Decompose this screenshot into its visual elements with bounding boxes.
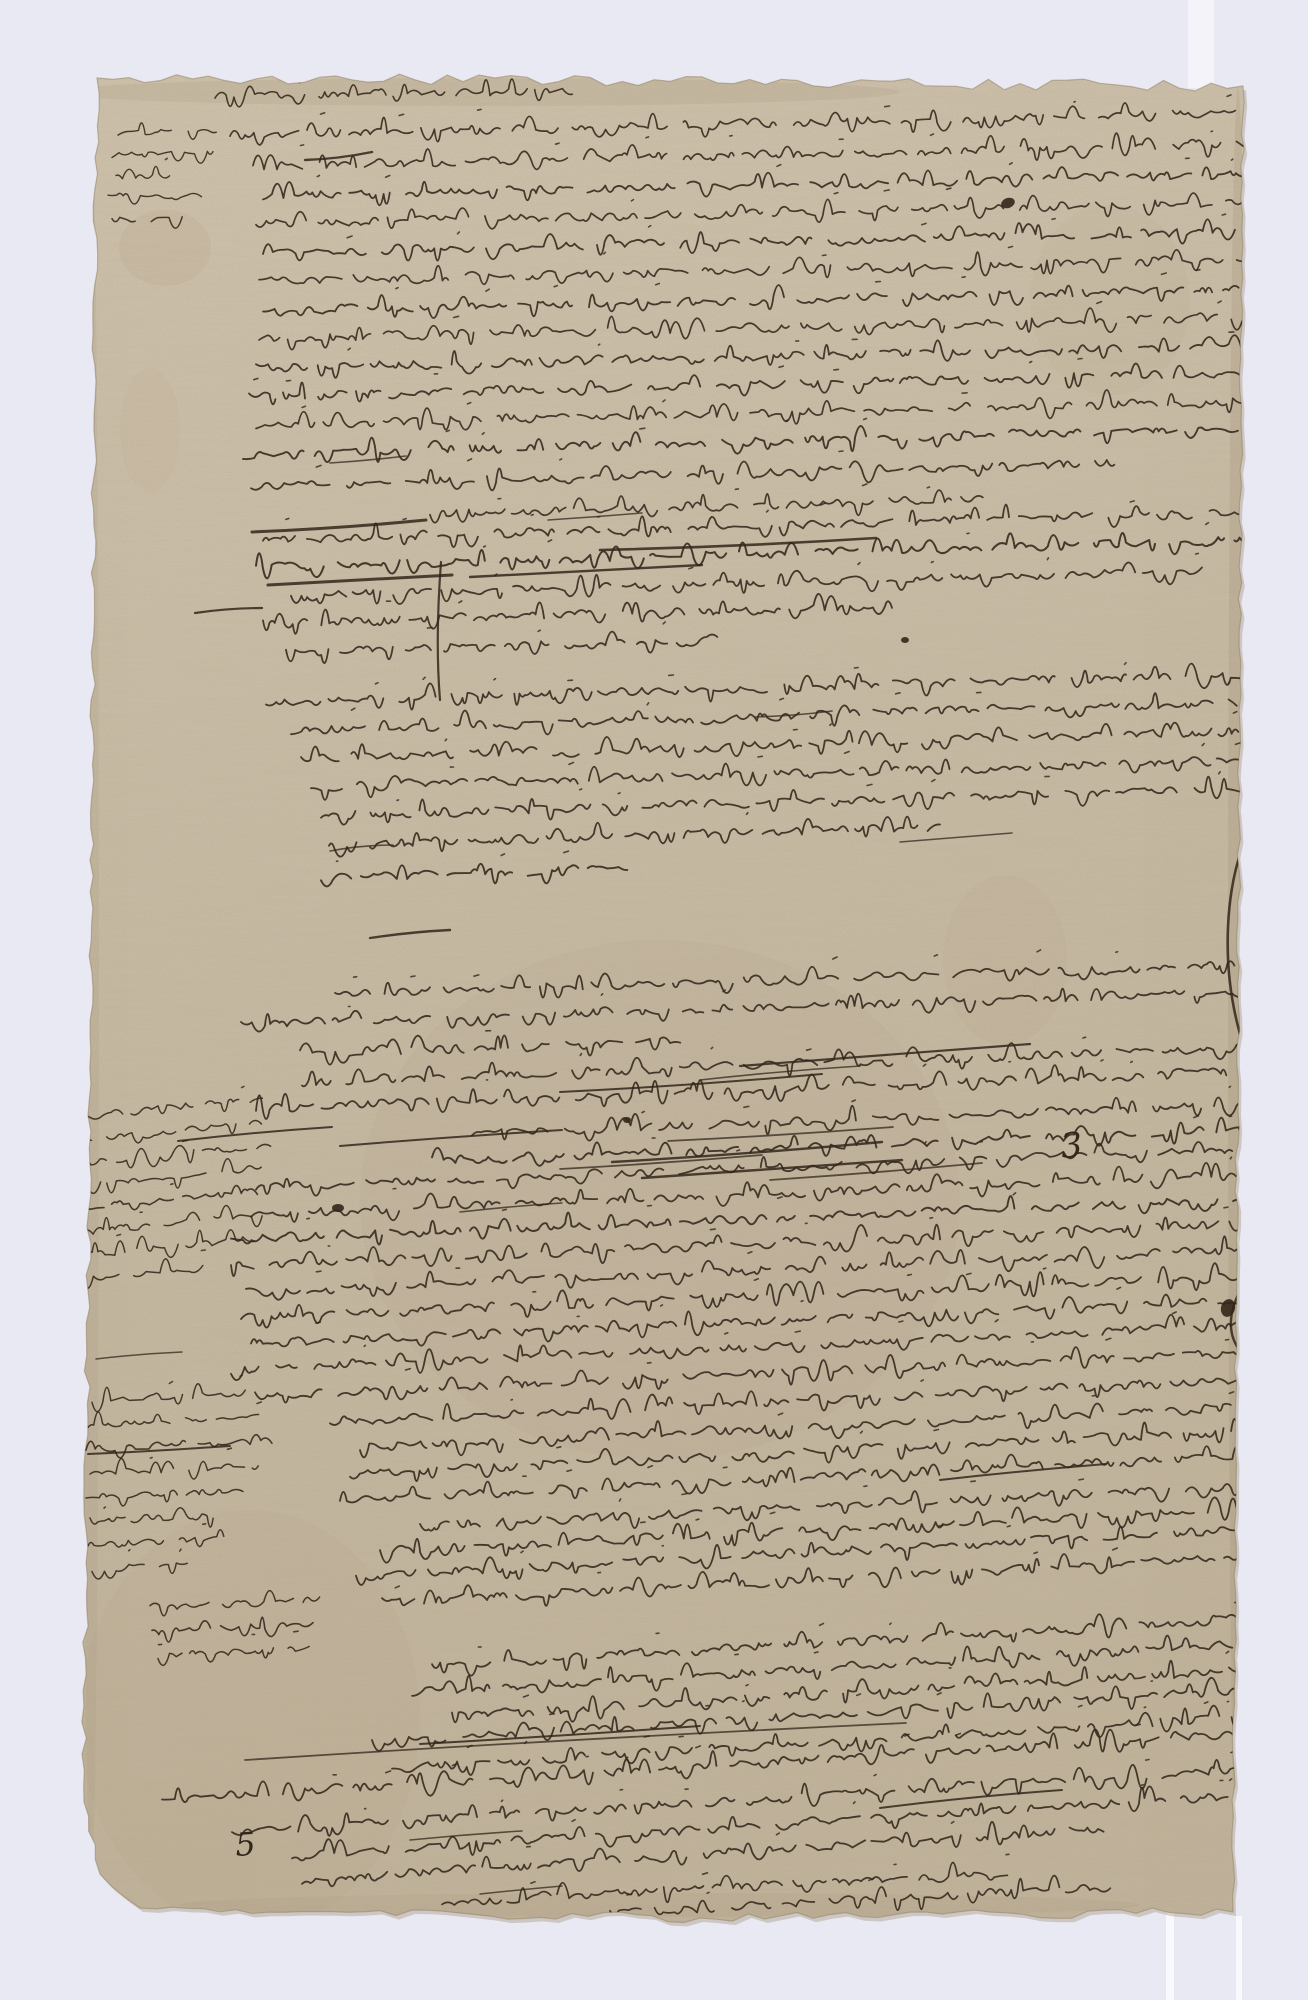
diacritic-marks <box>165 158 167 159</box>
diacritic-marks <box>201 1250 205 1251</box>
diacritic-marks <box>203 1524 206 1525</box>
manuscript-scan-image: 35 <box>0 0 1308 2000</box>
paper-stain <box>943 875 1067 1045</box>
scanner-seam <box>1188 0 1214 88</box>
diacritic-marks <box>117 1235 121 1236</box>
diacritic-marks <box>171 1184 173 1185</box>
ink-blot <box>623 1117 631 1123</box>
ink-blot <box>901 637 909 643</box>
manuscript-scan-viewport: Scanned handwritten manuscript page 35 <box>0 0 1308 2000</box>
diacritic-marks <box>242 1086 244 1087</box>
scanner-seam <box>1236 1916 1242 2000</box>
ink-blot <box>332 1204 344 1212</box>
diacritic-marks <box>104 1507 105 1508</box>
paper-stain <box>80 1510 420 1930</box>
diacritic-marks <box>747 813 748 815</box>
paper-stain <box>120 368 180 492</box>
marginal-numeral: 3 <box>1059 1125 1085 1167</box>
scanner-seam <box>1166 1912 1174 2000</box>
marginal-numeral: 5 <box>234 1825 257 1864</box>
